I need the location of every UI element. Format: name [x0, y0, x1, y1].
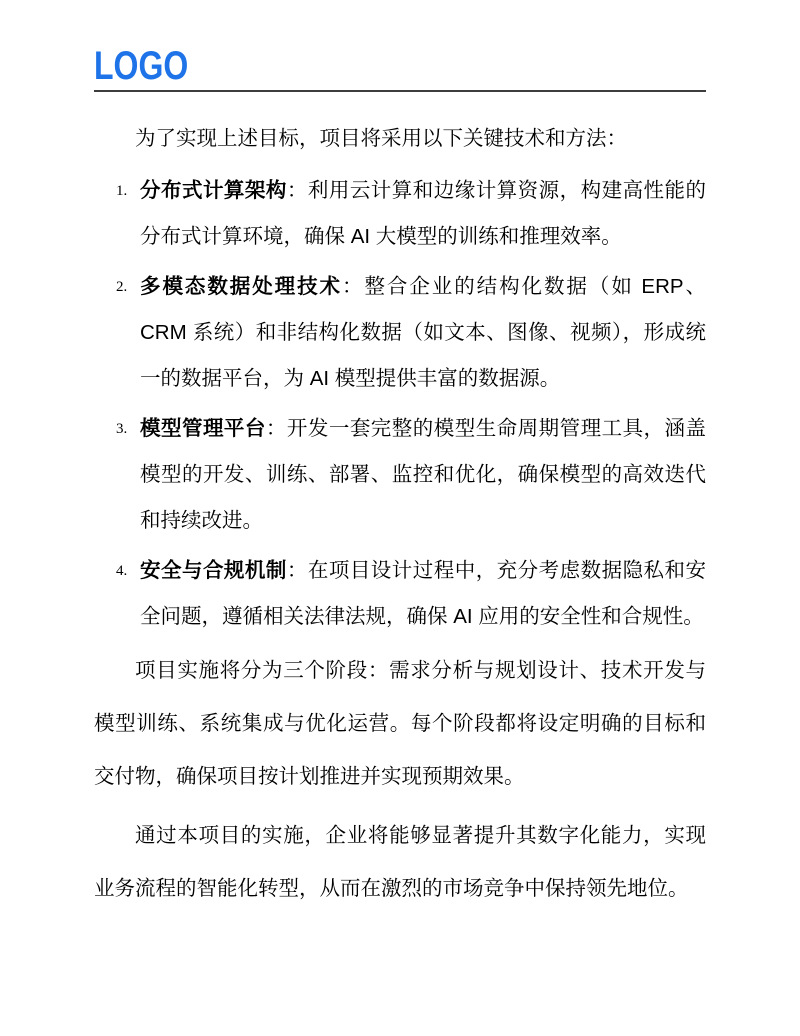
list-item: 1. 分布式计算架构：利用云计算和边缘计算资源，构建高性能的分布式计算环境，确保…: [94, 168, 706, 260]
list-item: 3. 模型管理平台：开发一套完整的模型生命周期管理工具，涵盖模型的开发、训练、部…: [94, 406, 706, 544]
list-item-number: 3.: [116, 406, 127, 453]
intro-paragraph: 为了实现上述目标，项目将采用以下关键技术和方法：: [94, 111, 706, 166]
company-logo: LOGO: [94, 46, 188, 86]
list-item-number: 4.: [116, 548, 127, 595]
list-item-text: 多模态数据处理技术：整合企业的结构化数据（如 ERP、CRM 系统）和非结构化数…: [140, 275, 706, 390]
list-item-number: 2.: [116, 264, 127, 311]
list-item-number: 1.: [116, 168, 127, 215]
list-item: 2. 多模态数据处理技术：整合企业的结构化数据（如 ERP、CRM 系统）和非结…: [94, 264, 706, 402]
key-technologies-list: 1. 分布式计算架构：利用云计算和边缘计算资源，构建高性能的分布式计算环境，确保…: [94, 168, 706, 640]
list-item-title: 安全与合规机制: [140, 559, 287, 582]
page-header: LOGO: [94, 0, 706, 92]
document-page: LOGO 为了实现上述目标，项目将采用以下关键技术和方法： 1. 分布式计算架构…: [0, 0, 800, 1036]
list-item-title: 模型管理平台: [140, 417, 266, 440]
list-item-text: 分布式计算架构：利用云计算和边缘计算资源，构建高性能的分布式计算环境，确保 AI…: [140, 179, 706, 248]
conclusion-paragraph: 通过本项目的实施，企业将能够显著提升其数字化能力，实现业务流程的智能化转型，从而…: [94, 809, 706, 915]
list-item-text: 模型管理平台：开发一套完整的模型生命周期管理工具，涵盖模型的开发、训练、部署、监…: [140, 417, 706, 532]
document-body: 为了实现上述目标，项目将采用以下关键技术和方法： 1. 分布式计算架构：利用云计…: [94, 111, 706, 915]
list-item-text: 安全与合规机制：在项目设计过程中，充分考虑数据隐私和安全问题，遵循相关法律法规，…: [140, 559, 706, 628]
implementation-phases-paragraph: 项目实施将分为三个阶段：需求分析与规划设计、技术开发与模型训练、系统集成与优化运…: [94, 644, 706, 803]
list-item-title: 分布式计算架构: [140, 179, 287, 202]
list-item: 4. 安全与合规机制：在项目设计过程中，充分考虑数据隐私和安全问题，遵循相关法律…: [94, 548, 706, 640]
list-item-title: 多模态数据处理技术: [140, 275, 342, 298]
